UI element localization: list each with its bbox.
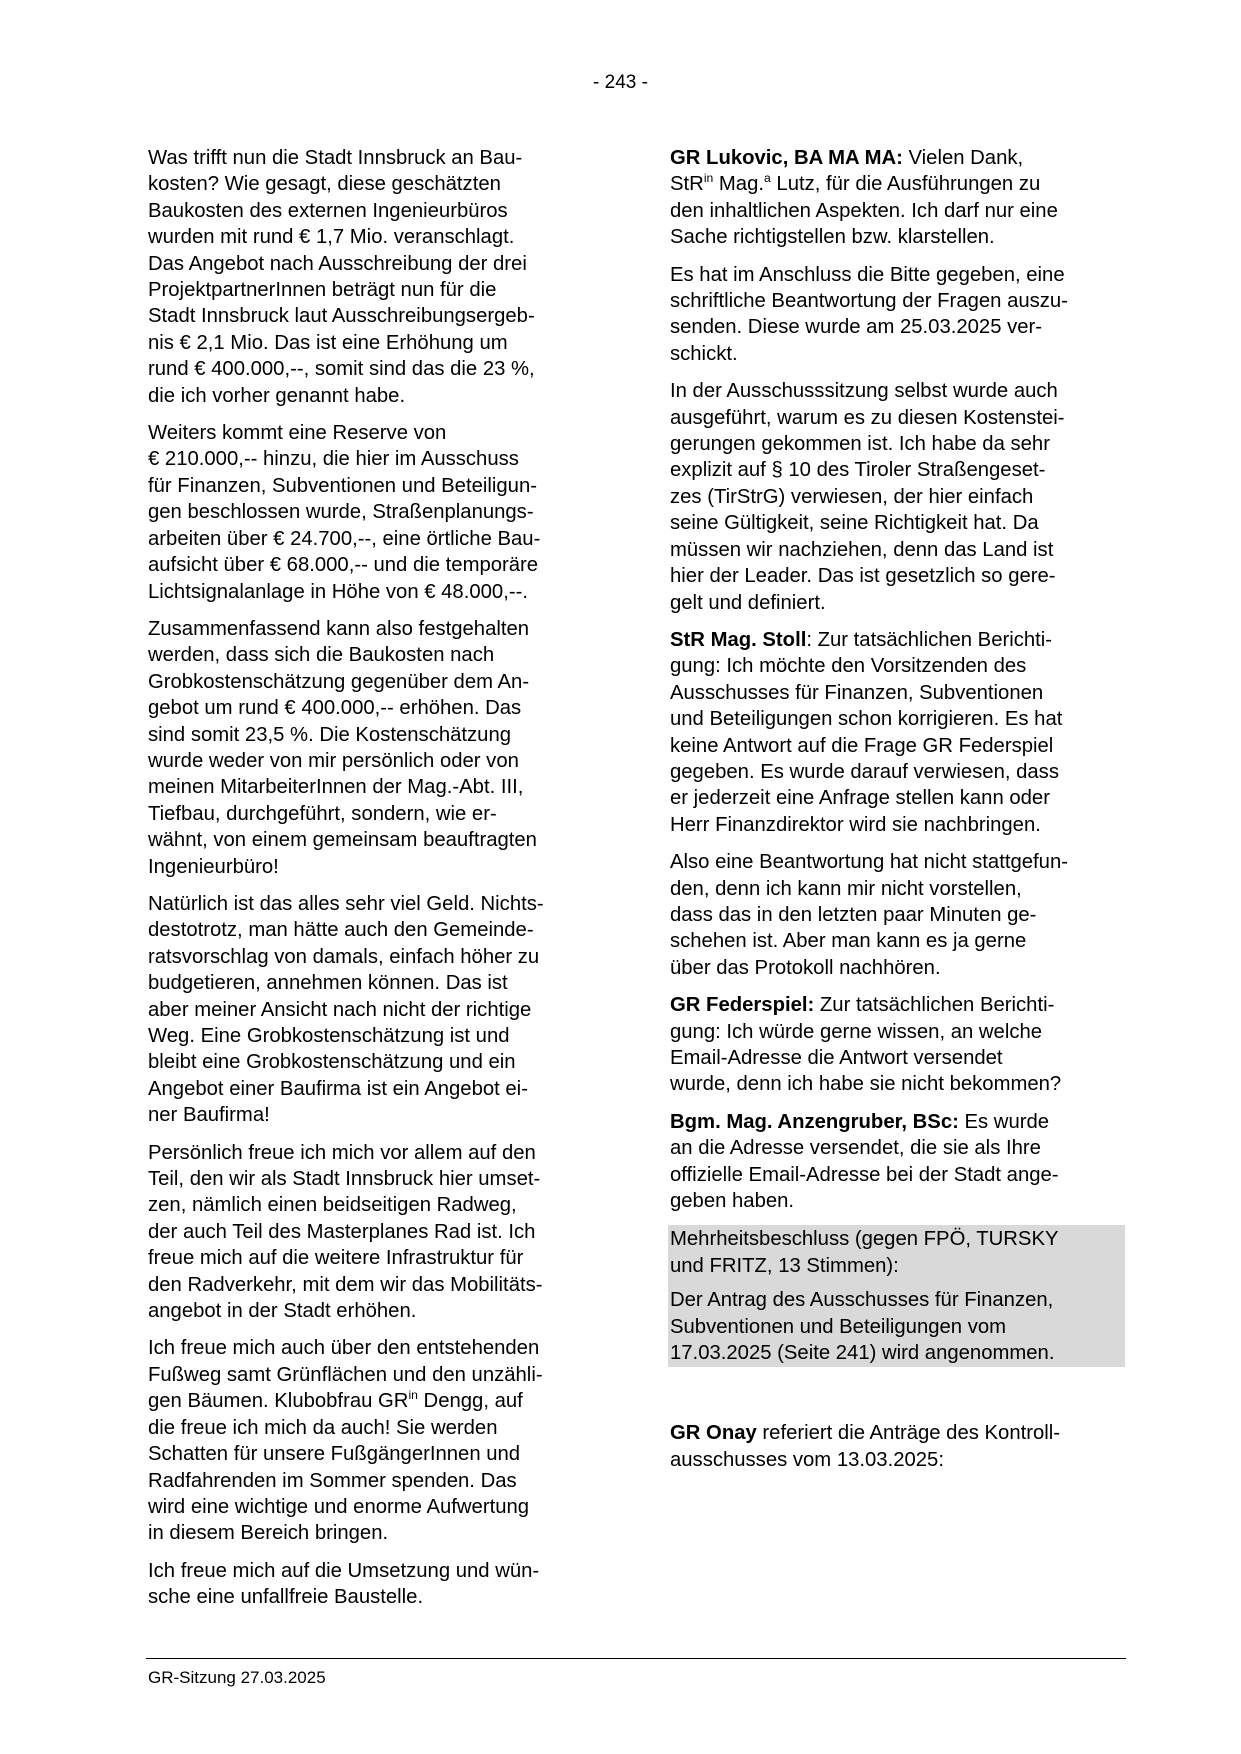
statement-lukovic: GR Lukovic, BA MA MA: Vielen Dank, StRin… — [670, 145, 1125, 251]
paragraph-geld: Natürlich ist das alles sehr viel Geld. … — [148, 891, 593, 1129]
statement-federspiel: GR Federspiel: Zur tatsächlichen Bericht… — [670, 992, 1125, 1098]
footer-divider — [146, 1658, 1126, 1659]
speaker-name: GR Federspiel: — [670, 994, 814, 1016]
speaker-name: Bgm. Mag. Anzengruber, BSc: — [670, 1111, 959, 1133]
statement-anzengruber: Bgm. Mag. Anzengruber, BSc: Es wurde an … — [670, 1109, 1125, 1215]
paragraph-summary: Zusammenfassend kann also festgehalten w… — [148, 616, 593, 880]
text-segment: : Zur tatsächlichen Berichti- gung: Ich … — [670, 629, 1062, 836]
speaker-name: StR Mag. Stoll — [670, 629, 806, 651]
resolution-decision: Der Antrag des Ausschusses für Finanzen,… — [670, 1287, 1125, 1366]
paragraph-baukosten: Was trifft nun die Stadt Innsbruck an Ba… — [148, 145, 593, 409]
paragraph-beantwortung: Es hat im Anschluss die Bitte gegeben, e… — [670, 262, 1125, 368]
spacer — [670, 1367, 1125, 1420]
resolution-box: Mehrheitsbeschluss (gegen FPÖ, TURSKY un… — [668, 1225, 1125, 1367]
resolution-vote: Mehrheitsbeschluss (gegen FPÖ, TURSKY un… — [670, 1226, 1125, 1279]
paragraph-stoll-followup: Also eine Beantwortung hat nicht stattge… — [670, 849, 1125, 981]
paragraph-fussweg: Ich freue mich auch über den entstehende… — [148, 1335, 593, 1546]
paragraph-reserve: Weiters kommt eine Reserve von € 210.000… — [148, 420, 593, 605]
superscript: in — [704, 172, 713, 186]
left-column: Was trifft nun die Stadt Innsbruck an Ba… — [148, 145, 593, 1622]
right-column: GR Lukovic, BA MA MA: Vielen Dank, StRin… — [670, 145, 1125, 1484]
text-segment: Dengg, auf die freue ich mich da auch! S… — [148, 1390, 529, 1544]
page-number: - 243 - — [0, 72, 1241, 94]
footer-session-date: GR-Sitzung 27.03.2025 — [148, 1668, 326, 1688]
superscript: a — [764, 172, 771, 186]
speaker-name: GR Onay — [670, 1422, 757, 1444]
text-segment: Mag. — [713, 173, 764, 195]
statement-onay: GR Onay referiert die Anträge des Kontro… — [670, 1420, 1125, 1473]
speaker-name: GR Lukovic, BA MA MA: — [670, 147, 903, 169]
paragraph-ausschusssitzung: In der Ausschusssitzung selbst wurde auc… — [670, 378, 1125, 616]
paragraph-closing: Ich freue mich auf die Umsetzung und wün… — [148, 1558, 593, 1611]
paragraph-radweg: Persönlich freue ich mich vor allem auf … — [148, 1140, 593, 1325]
statement-stoll: StR Mag. Stoll: Zur tatsächlichen Berich… — [670, 627, 1125, 838]
superscript: in — [408, 1389, 417, 1403]
